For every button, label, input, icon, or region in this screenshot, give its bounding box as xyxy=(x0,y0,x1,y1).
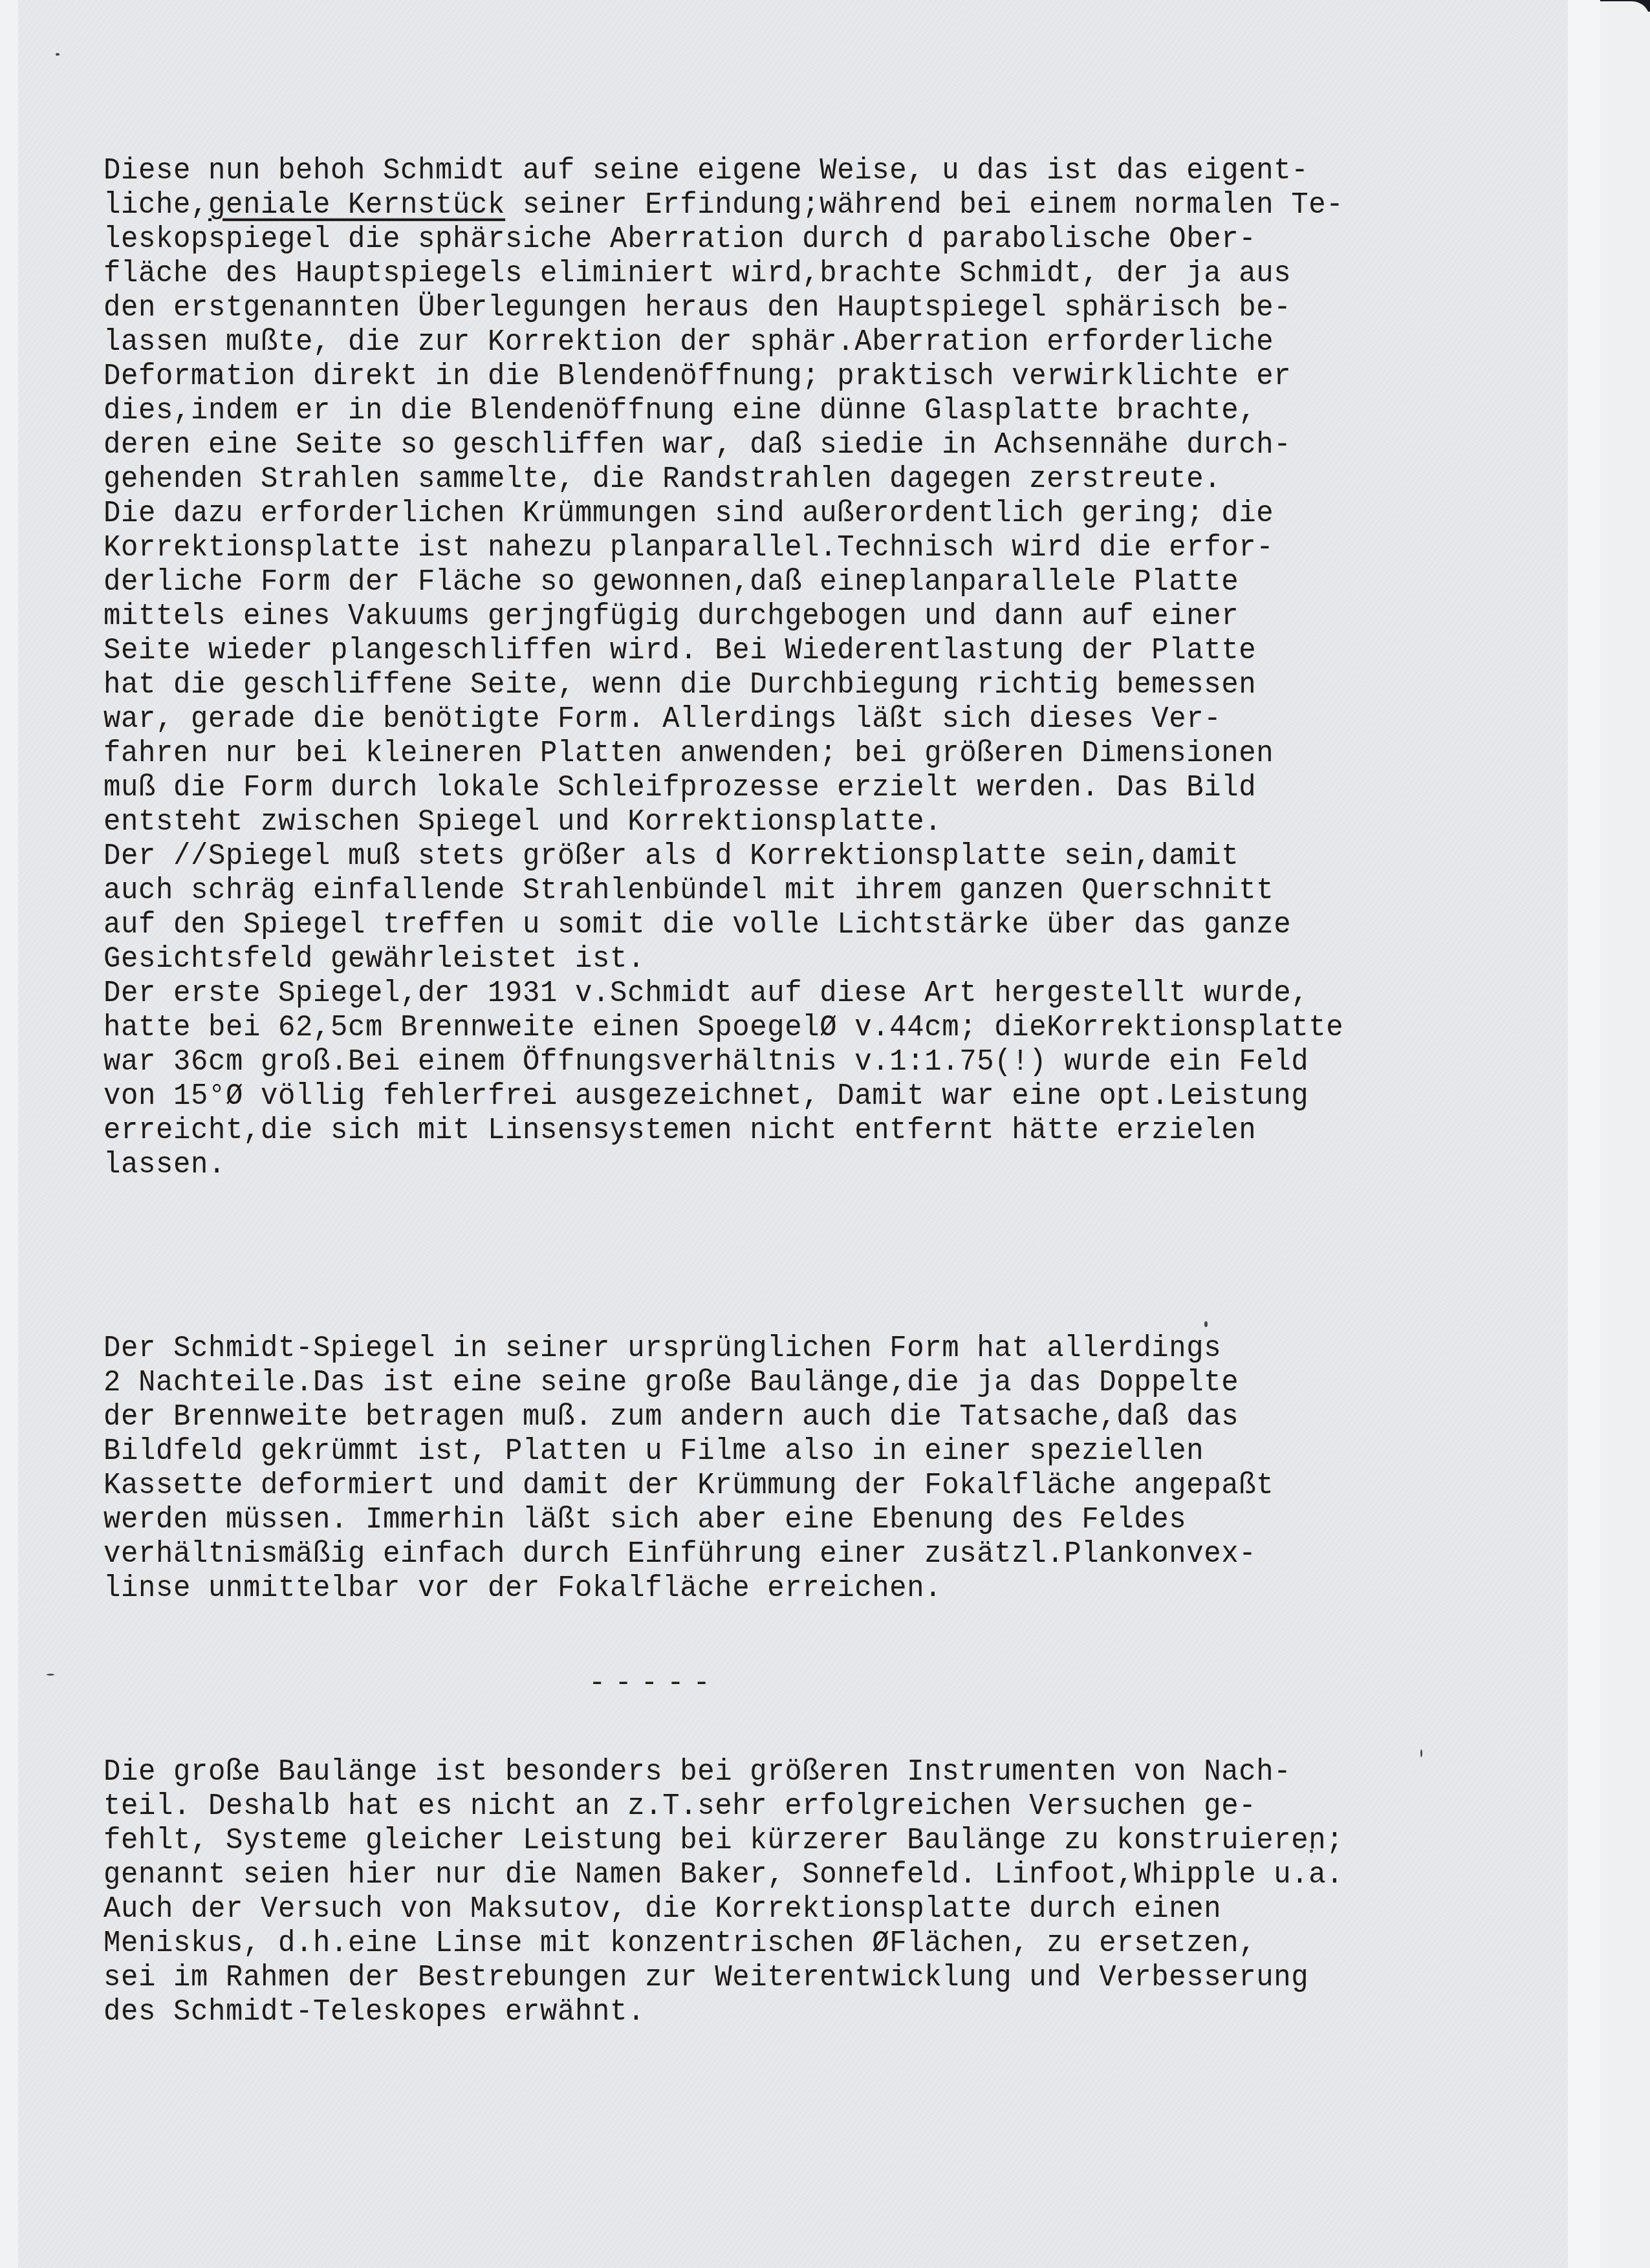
text-line: Korrektionsplatte ist nahezu planparalle… xyxy=(103,531,1526,565)
typewritten-text: Diese nun behoh Schmidt auf seine eigene… xyxy=(103,85,1526,2064)
text-line: muß die Form durch lokale Schleifprozess… xyxy=(103,771,1526,805)
text-line: gehenden Strahlen sammelte, die Randstra… xyxy=(103,462,1526,497)
text-line: deren eine Seite so geschliffen war, daß… xyxy=(103,428,1526,462)
text-line: Auch der Versuch von Maksutov, die Korre… xyxy=(103,1892,1526,1927)
paper-speck xyxy=(1204,1321,1208,1327)
text-line: lassen. xyxy=(103,1148,1526,1182)
text-line: Diese nun behoh Schmidt auf seine eigene… xyxy=(103,154,1526,188)
scan-edge-strip xyxy=(1568,0,1600,2268)
scanner-margin xyxy=(1600,0,1650,2268)
text-line: dies,indem er in die Blendenöffnung eine… xyxy=(103,394,1526,428)
text-line: entsteht zwischen Spiegel und Korrektion… xyxy=(103,805,1526,839)
text-line: Die große Baulänge ist besonders bei grö… xyxy=(103,1755,1526,1789)
text-line: derliche Form der Fläche so gewonnen,daß… xyxy=(103,565,1526,599)
text-line: Gesichtsfeld gewährleistet ist. xyxy=(103,942,1526,977)
text-line: des Schmidt-Teleskopes erwähnt. xyxy=(103,1995,1526,2029)
text-line: der Brennweite betragen muß. zum andern … xyxy=(103,1400,1526,1434)
paragraph-2: Der Schmidt-Spiegel in seiner ursprüngli… xyxy=(103,1332,1526,1606)
paper-speck xyxy=(47,1674,54,1676)
underlined-phrase: geniale Kernstück xyxy=(208,188,505,222)
text-line: sei im Rahmen der Bestrebungen zur Weite… xyxy=(103,1961,1526,1995)
text-line: lassen mußte, die zur Korrektion der sph… xyxy=(103,325,1526,360)
scanner-corner xyxy=(1600,0,1650,12)
text-line: war 36cm groß.Bei einem Öffnungsverhältn… xyxy=(103,1045,1526,1079)
text-line: Der Schmidt-Spiegel in seiner ursprüngli… xyxy=(103,1332,1526,1366)
text-line: Deformation direkt in die Blendenöffnung… xyxy=(103,360,1526,394)
text-line: fläche des Hauptspiegels eliminiert wird… xyxy=(103,257,1526,291)
text-line: Kassette deformiert und damit der Krümmu… xyxy=(103,1469,1526,1503)
paragraph-gap xyxy=(103,1674,1526,1687)
text-line: fehlt, Systeme gleicher Leistung bei kür… xyxy=(103,1824,1526,1858)
text-line: auch schräg einfallende Strahlenbündel m… xyxy=(103,874,1526,908)
text-line: werden müssen. Immerhin läßt sich aber e… xyxy=(103,1503,1526,1537)
text-line: liche,geniale Kernstück seiner Erfindung… xyxy=(103,188,1526,222)
text-line: von 15°Ø völlig fehlerfrei ausgezeichnet… xyxy=(103,1079,1526,1114)
text-line: hat die geschliffene Seite, wenn die Dur… xyxy=(103,668,1526,702)
paper-speck xyxy=(56,53,60,56)
text-line: erreicht,die sich mit Linsensystemen nic… xyxy=(103,1114,1526,1148)
paper-speck xyxy=(1420,1749,1422,1757)
text-line: Die dazu erforderlichen Krümmungen sind … xyxy=(103,497,1526,531)
text-line: teil. Deshalb hat es nicht an z.T.sehr e… xyxy=(103,1789,1526,1824)
text-line: fahren nur bei kleineren Platten anwende… xyxy=(103,737,1526,771)
text-line: war, gerade die benötigte Form. Allerdin… xyxy=(103,702,1526,737)
text-line: leskopspiegel die sphärsiche Aberration … xyxy=(103,222,1526,257)
text-line: auf den Spiegel treffen u somit die voll… xyxy=(103,908,1526,942)
paragraph-gap xyxy=(103,1251,1526,1263)
paper-speck xyxy=(1310,1850,1313,1853)
text-line: linse unmittelbar vor der Fokalfläche er… xyxy=(103,1571,1526,1606)
text-line: hatte bei 62,5cm Brennweite einen Spoege… xyxy=(103,1011,1526,1045)
text-line: Seite wieder plangeschliffen wird. Bei W… xyxy=(103,634,1526,668)
paragraph-3: Die große Baulänge ist besonders bei grö… xyxy=(103,1755,1526,2029)
text-line: Meniskus, d.h.eine Linse mit konzentrisc… xyxy=(103,1927,1526,1961)
text-line: Der //Spiegel muß stets größer als d Kor… xyxy=(103,839,1526,874)
text-line: Bildfeld gekrümmt ist, Platten u Filme a… xyxy=(103,1434,1526,1469)
text-line: mittels eines Vakuums gerjngfügig durchg… xyxy=(103,599,1526,634)
text-line: den erstgenannten Überlegungen heraus de… xyxy=(103,291,1526,325)
text-line: Der erste Spiegel,der 1931 v.Schmidt auf… xyxy=(103,977,1526,1011)
text-line: 2 Nachteile.Das ist eine seine große Bau… xyxy=(103,1366,1526,1400)
text-line: genannt seien hier nur die Namen Baker, … xyxy=(103,1858,1526,1892)
text-line: verhältnismäßig einfach durch Einführung… xyxy=(103,1537,1526,1571)
end-of-text-mark: ----- xyxy=(589,1667,719,1700)
paragraph-1: Diese nun behoh Schmidt auf seine eigene… xyxy=(103,154,1526,1182)
